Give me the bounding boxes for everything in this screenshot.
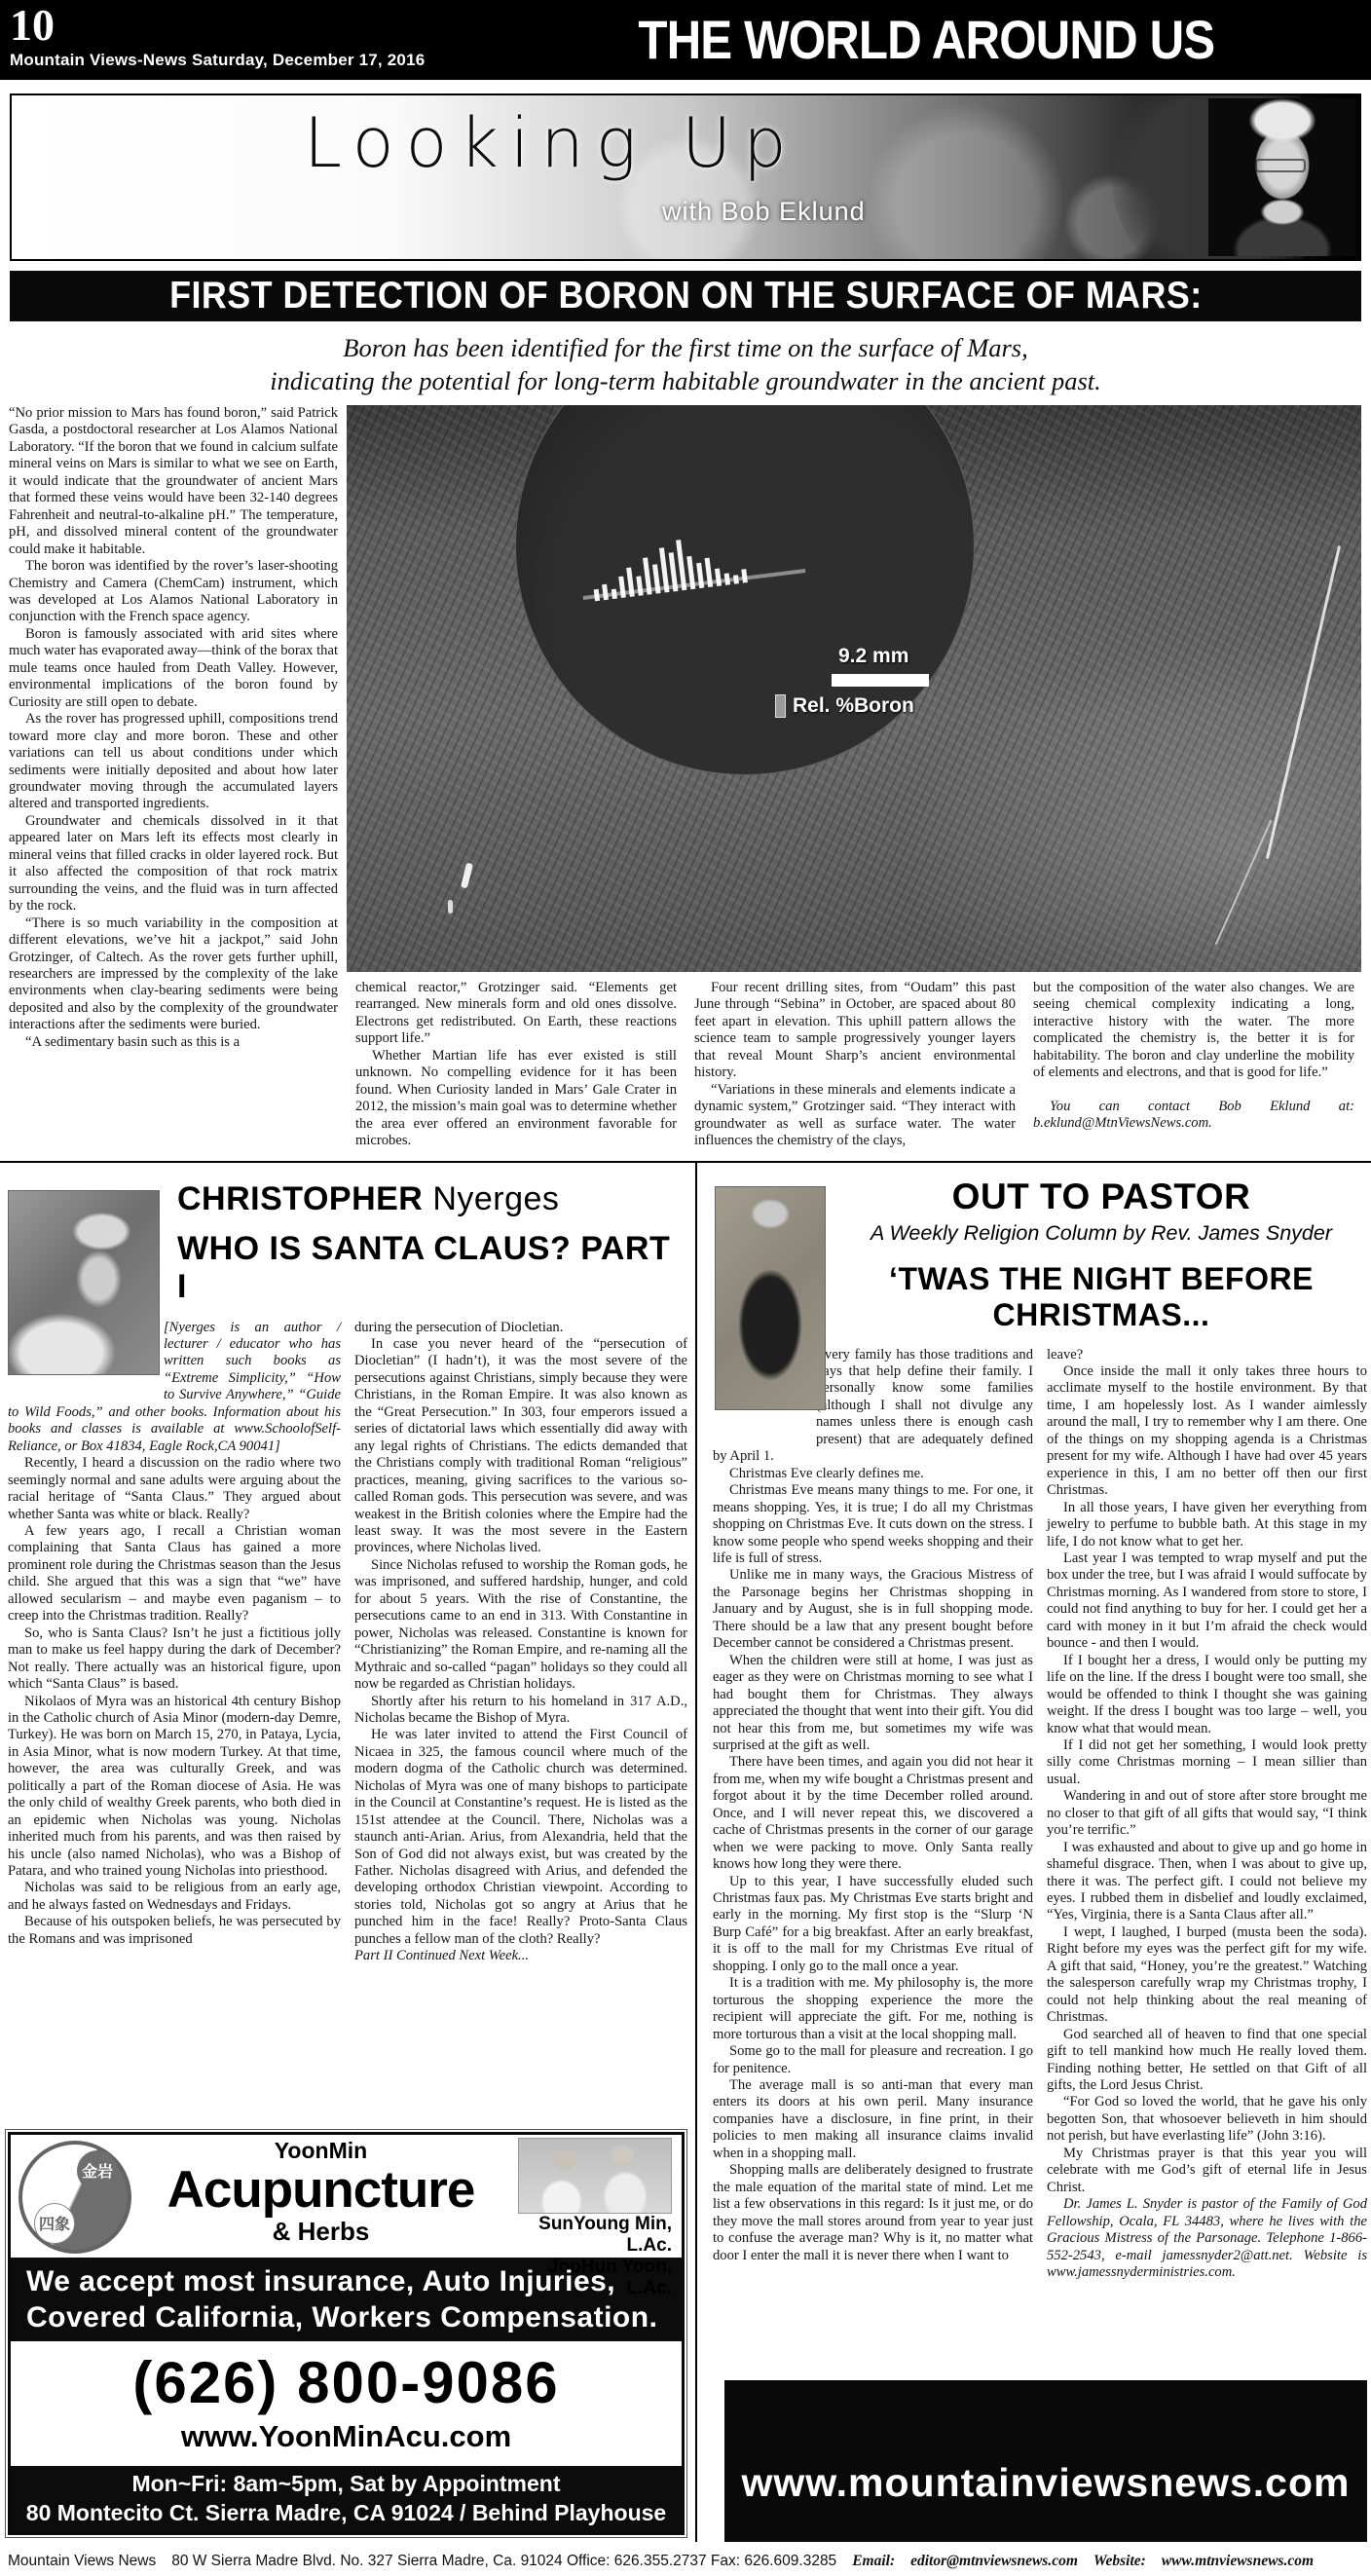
ad-brand-name: YoonMin <box>131 2138 510 2164</box>
masthead-bar: 10 Mountain Views-News Saturday, Decembe… <box>0 0 1371 80</box>
christopher-nyerges-photo <box>8 1190 160 1375</box>
scale-label: 9.2 mm <box>838 645 908 668</box>
nyerges-titles: CHRISTOPHER Nyerges WHO IS SANTA CLAUS? … <box>177 1165 687 1306</box>
footer-brand: Mountain Views News <box>8 2553 156 2570</box>
footer-email-label: Email: <box>852 2553 895 2570</box>
masthead-text: Mountain Views-News Saturday, December 1… <box>10 51 425 70</box>
ad-practitioners-block: SunYoung Min, L.Ac. JooHun Yoon, L.Ac. <box>510 2138 674 2258</box>
practitioners-photo <box>518 2138 672 2214</box>
paragraph: Shopping malls are deliberately designed… <box>713 2162 1033 2264</box>
paragraph: Whether Martian life has ever existed is… <box>355 1048 677 1150</box>
practitioner-name: SunYoung Min, L.Ac. <box>510 2214 672 2257</box>
paragraph: When the children were still at home, I … <box>713 1653 1033 1755</box>
ad-insurance-line: Covered California, Workers Compensation… <box>26 2299 666 2335</box>
ad-hours: Mon~Fri: 8am~5pm, Sat by Appointment <box>11 2469 682 2498</box>
paragraph: Nicholas was said to be religious from a… <box>8 1880 341 1914</box>
paragraph: Since Nicholas refused to worship the Ro… <box>354 1557 687 1694</box>
paragraph: Some go to the mall for pleasure and rec… <box>713 2043 1033 2077</box>
bob-eklund-photo <box>1208 98 1356 256</box>
newspaper-page: 10 Mountain Views-News Saturday, Decembe… <box>0 0 1371 2576</box>
ad-insurance-line: We accept most insurance, Auto Injuries, <box>26 2263 666 2299</box>
ad-top-row: 金岩 四象 YoonMin Acupuncture & Herbs SunYou… <box>11 2135 682 2258</box>
paragraph: Part II Continued Next Week... <box>354 1948 687 1964</box>
pastor-column-section: OUT TO PASTOR A Weekly Religion Column b… <box>713 1165 1367 2371</box>
pastor-column-2: leave?Once inside the mall it only takes… <box>1047 1347 1367 2282</box>
white-vein <box>1215 820 1273 946</box>
pastor-columns: Every family has those traditions and da… <box>713 1347 1367 2282</box>
bottom-sections: CHRISTOPHER Nyerges WHO IS SANTA CLAUS? … <box>0 1161 1371 2542</box>
logo-characters-top: 金岩 <box>77 2150 118 2191</box>
glasses-icon <box>1255 159 1306 172</box>
paragraph: Boron is famously associated with arid s… <box>9 626 338 711</box>
author-first-name: CHRISTOPHER <box>177 1180 423 1217</box>
paragraph: Shortly after his return to his homeland… <box>354 1694 687 1728</box>
nyerges-column-1: [Nyerges is an author / lecturer / educa… <box>8 1320 341 1965</box>
logo-characters-bottom: 四象 <box>34 2203 75 2244</box>
ad-address: 80 Montecito Ct. Sierra Madre, CA 91024 … <box>11 2498 682 2527</box>
nyerges-column-section: CHRISTOPHER Nyerges WHO IS SANTA CLAUS? … <box>8 1165 687 2122</box>
paragraph: leave? <box>1047 1347 1367 1363</box>
article-lower-columns: chemical reactor,” Grotzinger said. “Ele… <box>347 978 1365 1152</box>
paragraph: Up to this year, I have successfully elu… <box>713 1874 1033 1976</box>
paragraph: It is a tradition with me. My philosophy… <box>713 1975 1033 2043</box>
paragraph: If I bought her a dress, I would only be… <box>1047 1653 1367 1737</box>
footer-website: www.mtnviewsnews.com <box>1162 2553 1314 2570</box>
paragraph: “There is so much variability in the com… <box>9 915 338 1034</box>
website-promo-box: www.mountainviewsnews.com <box>724 2380 1367 2542</box>
paragraph: As the rover has progressed uphill, comp… <box>9 711 338 813</box>
bottom-right-area: OUT TO PASTOR A Weekly Religion Column b… <box>697 1163 1371 2542</box>
paragraph: Recently, I heard a discussion on the ra… <box>8 1455 341 1523</box>
paragraph: during the persecution of Diocletian. <box>354 1320 687 1336</box>
nyerges-byline: CHRISTOPHER Nyerges <box>177 1180 687 1218</box>
paragraph: Groundwater and chemicals dissolved in i… <box>9 813 338 915</box>
article-column-2: chemical reactor,” Grotzinger said. “Ele… <box>347 978 685 1152</box>
nyerges-columns: [Nyerges is an author / lecturer / educa… <box>8 1320 687 1965</box>
article-headline-bar: FIRST DETECTION OF BORON ON THE SURFACE … <box>10 271 1361 321</box>
paragraph: If I did not get her something, I would … <box>1047 1737 1367 1788</box>
paragraph: “No prior mission to Mars has found boro… <box>9 405 338 558</box>
mars-article: “No prior mission to Mars has found boro… <box>0 401 1371 1152</box>
paragraph: Nikolaos of Myra was an historical 4th c… <box>8 1694 341 1881</box>
paragraph: “Variations in these minerals and elemen… <box>694 1082 1016 1150</box>
paragraph: Dr. James L. Snyder is pastor of the Fam… <box>1047 2196 1367 2281</box>
pastor-column-1: Every family has those traditions and da… <box>713 1347 1033 2282</box>
paragraph: Last year I was tempted to wrap myself a… <box>1047 1550 1367 1653</box>
ad-phone-number: (626) 800-9086 <box>11 2353 682 2413</box>
ad-contact-block: (626) 800-9086 www.YoonMinAcu.com <box>11 2341 682 2466</box>
looking-up-banner: Looking Up with Bob Eklund <box>10 93 1361 261</box>
pastor-column-subtitle: A Weekly Religion Column by Rev. James S… <box>835 1221 1367 1246</box>
banner-byline: with Bob Eklund <box>662 197 866 227</box>
image-legend: Rel. %Boron <box>775 694 914 718</box>
article-column-4: but the composition of the water also ch… <box>1024 978 1363 1152</box>
white-vein <box>1266 545 1341 859</box>
ad-insurance-banner: We accept most insurance, Auto Injuries,… <box>11 2258 682 2341</box>
paragraph: The boron was identified by the rover’s … <box>9 558 338 626</box>
paragraph: He was later invited to attend the First… <box>354 1727 687 1948</box>
paragraph: Christmas Eve clearly defines me. <box>713 1466 1033 1482</box>
bokeh-circle-icon <box>869 105 1063 261</box>
page-footer: Mountain Views News 80 W Sierra Madre Bl… <box>0 2547 1371 2576</box>
chemcam-inset-circle <box>515 405 975 775</box>
section-title: THE WORLD AROUND US <box>639 8 1215 71</box>
author-last-name: Nyerges <box>432 1180 559 1217</box>
james-snyder-photo <box>715 1186 826 1410</box>
paragraph: Four recent drilling sites, from “Oudam”… <box>694 980 1016 1082</box>
vein-speck <box>461 863 473 889</box>
paragraph: I was exhausted and about to give up and… <box>1047 1840 1367 1924</box>
paragraph: Wandering in and out of store after stor… <box>1047 1788 1367 1839</box>
paragraph: In all those years, I have given her eve… <box>1047 1500 1367 1550</box>
acupuncture-ad: 金岩 四象 YoonMin Acupuncture & Herbs SunYou… <box>8 2132 685 2535</box>
footer-website-label: Website: <box>1093 2553 1146 2570</box>
paragraph: Because of his outspoken beliefs, he was… <box>8 1914 341 1948</box>
nyerges-headline: WHO IS SANTA CLAUS? PART I <box>177 1230 687 1306</box>
subtitle-line: Boron has been identified for the first … <box>0 331 1371 364</box>
scale-bar <box>832 674 929 687</box>
paragraph: You can contact Bob Eklund at: b.eklund@… <box>1033 1099 1354 1133</box>
article-subtitle: Boron has been identified for the first … <box>0 331 1371 397</box>
ad-hours-banner: Mon~Fri: 8am~5pm, Sat by Appointment 80 … <box>11 2466 682 2532</box>
ad-website: www.YoonMinAcu.com <box>11 2419 682 2454</box>
paragraph: My Christmas prayer is that this year yo… <box>1047 2146 1367 2196</box>
article-right-area: 9.2 mm Rel. %Boron chemical reactor,” Gr… <box>347 405 1365 1152</box>
paragraph: In case you never heard of the “persecut… <box>354 1336 687 1557</box>
paragraph: Christmas Eve means many things to me. F… <box>713 1482 1033 1567</box>
paragraph: The average mall is so anti-man that eve… <box>713 2077 1033 2162</box>
paragraph: Unlike me in many ways, the Gracious Mis… <box>713 1567 1033 1652</box>
paragraph: God searched all of heaven to find that … <box>1047 2027 1367 2095</box>
ad-brand-sub: & Herbs <box>131 2217 510 2247</box>
page-number: 10 <box>10 2 425 49</box>
yin-yang-logo-icon: 金岩 四象 <box>19 2141 131 2254</box>
paragraph: I wept, I laughed, I burped (musta been … <box>1047 1924 1367 2027</box>
legend-swatch-icon <box>775 694 786 718</box>
article-column-3: Four recent drilling sites, from “Oudam”… <box>685 978 1024 1152</box>
mars-rock-photo: 9.2 mm Rel. %Boron <box>347 405 1361 972</box>
pastor-column-title: OUT TO PASTOR <box>835 1176 1367 1217</box>
subtitle-line: indicating the potential for long-term h… <box>0 364 1371 397</box>
footer-email: editor@mtnviewsnews.com <box>910 2553 1078 2570</box>
article-headline: FIRST DETECTION OF BORON ON THE SURFACE … <box>169 275 1203 317</box>
footer-address: 80 W Sierra Madre Blvd. No. 327 Sierra M… <box>171 2553 836 2570</box>
paragraph: chemical reactor,” Grotzinger said. “Ele… <box>355 980 677 1048</box>
vein-speck <box>448 900 453 914</box>
paragraph: “For God so loved the world, that he gav… <box>1047 2094 1367 2145</box>
pastor-titles: OUT TO PASTOR A Weekly Religion Column b… <box>835 1165 1367 1333</box>
paragraph: but the composition of the water also ch… <box>1033 980 1354 1082</box>
nyerges-column-2: during the persecution of Diocletian.In … <box>354 1320 687 1965</box>
masthead-left: 10 Mountain Views-News Saturday, Decembe… <box>10 2 425 76</box>
ad-brand-main: Acupuncture <box>131 2164 510 2217</box>
banner-title: Looking Up <box>304 103 798 183</box>
pastor-column-1-text: Every family has those traditions and da… <box>713 1347 1033 2264</box>
nyerges-column-1-text: [Nyerges is an author / lecturer / educa… <box>8 1320 341 1949</box>
article-column-1: “No prior mission to Mars has found boro… <box>0 405 347 1152</box>
bottom-left-area: CHRISTOPHER Nyerges WHO IS SANTA CLAUS? … <box>0 1163 697 2542</box>
paragraph: A few years ago, I recall a Christian wo… <box>8 1523 341 1625</box>
paragraph: “A sedimentary basin such as this is a <box>9 1034 338 1051</box>
pastor-headline: ‘TWAS THE NIGHT BEFORE CHRISTMAS... <box>835 1261 1367 1333</box>
legend-label: Rel. %Boron <box>793 694 914 718</box>
paragraph: There have been times, and again you did… <box>713 1754 1033 1873</box>
paragraph: So, who is Santa Claus? Isn’t he just a … <box>8 1625 341 1694</box>
ad-brand-block: YoonMin Acupuncture & Herbs <box>131 2138 510 2258</box>
paragraph: Once inside the mall it only takes three… <box>1047 1363 1367 1500</box>
promo-url: www.mountainviewsnews.com <box>742 2460 1351 2506</box>
